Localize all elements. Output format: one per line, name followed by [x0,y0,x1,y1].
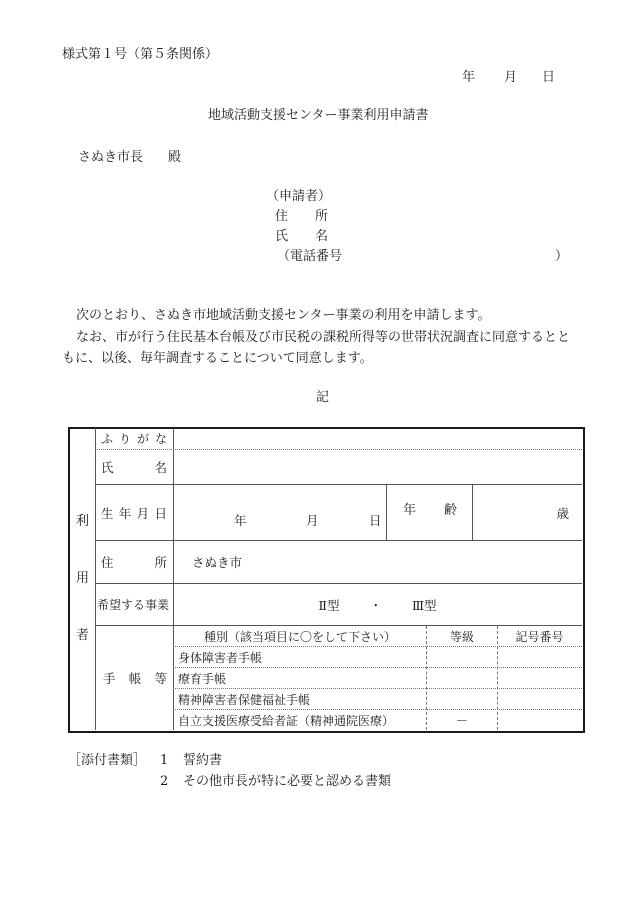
label-char: が [137,430,149,447]
techo-row-grade[interactable] [427,668,497,688]
label-char: 所 [154,553,167,571]
attachment-text: 誓約書 [183,753,222,769]
label-char: 月 [137,504,150,522]
techo-row-number[interactable] [498,710,581,730]
techo-row-number[interactable] [498,668,581,688]
furigana-field[interactable] [174,428,581,449]
applicant-label: （申請者） [266,189,331,205]
applicant-phone-close: ） [555,249,568,265]
side-label-you: 用 [76,571,89,587]
age-unit: 歳 [556,504,569,522]
option-separator: ・ [369,596,382,614]
label-char: 住 [101,553,114,571]
attachment-text: その他市長が特に必要と認める書類 [183,774,391,790]
document-title: 地域活動支援センター事業利用申請書 [208,108,428,124]
techo-row-grade[interactable] [427,647,497,667]
attachments-label: ［添付書類］ [68,753,146,769]
honorific: 殿 [168,150,181,166]
address-prefix: さぬき市 [192,553,242,571]
label-char: 生 [101,504,114,522]
furigana-label: ふ り が な [101,428,167,449]
paragraph-2-line-2: もに、以後、毎年調査することについて同意します。 [62,351,373,367]
label-char: 手 [103,669,116,687]
side-label-ri: 利 [76,514,89,530]
age-label-2: 齢 [444,503,457,519]
techo-row-kind[interactable]: 療育手帳 [178,668,424,688]
techo-header-kind: 種別（該当項目に〇をして下さい） [174,626,426,646]
techo-row-grade: － [427,710,497,730]
applicant-phone-label: （電話番号 [277,249,342,265]
label-char: 日 [154,504,167,522]
techo-label: 手 帳 等 [103,626,167,730]
birth-date-label: 生 年 月 日 [101,485,167,540]
label-char: 名 [154,458,167,476]
techo-row-kind[interactable]: 精神障害者保健福祉手帳 [178,689,424,709]
date-year-label: 年 [462,70,475,86]
birth-day-unit: 日 [369,513,382,529]
ki-heading: 記 [316,390,329,406]
techo-header-number: 記号番号 [498,626,581,646]
age-label-1: 年 [403,503,416,519]
label-char: ふ [101,430,113,447]
applicant-name-label-1: 氏 [275,229,288,245]
address-field[interactable]: さぬき市 [174,541,581,583]
label-char: 等 [154,669,167,687]
attachment-num: 2 [160,774,168,790]
techo-row-number[interactable] [498,689,581,709]
option-type-2[interactable]: Ⅱ型 [318,596,339,614]
applicant-name-label-2: 名 [315,229,328,245]
applicant-address-label-1: 住 [275,209,288,225]
label-char: り [119,430,131,447]
techo-header-grade: 等級 [427,626,497,646]
label-char: 年 [119,504,132,522]
attachment-num: 1 [160,753,168,769]
paragraph-2-line-1: なお、市が行う住民基本台帳及び市民税の課税所得等の世帯状況調査に同意するとと [76,330,570,346]
date-day-label: 日 [542,70,555,86]
divider [386,484,387,540]
side-label-sha: 者 [76,628,89,644]
addressee: さぬき市長 [78,150,143,166]
form-number: 様式第１号（第５条関係） [62,47,218,63]
address-label: 住 所 [101,541,167,583]
paragraph-1: 次のとおり、さぬき市地域活動支援センター事業の利用を申請します。 [76,308,490,324]
service-label: 希望する事業 [97,584,173,625]
techo-row-grade[interactable] [427,689,497,709]
label-char: 帳 [129,669,142,687]
service-options: Ⅱ型 ・ Ⅲ型 [174,584,581,625]
techo-row-kind[interactable]: 身体障害者手帳 [178,647,424,667]
techo-row-number[interactable] [498,647,581,667]
birth-date-field[interactable]: 年 月 日 [174,485,386,540]
age-field[interactable]: 歳 [473,485,581,540]
label-char: な [155,430,167,447]
applicant-address-label-2: 所 [315,209,328,225]
date-month-label: 月 [504,70,517,86]
birth-month-unit: 月 [306,513,319,529]
name-field[interactable] [174,450,581,484]
option-type-3[interactable]: Ⅲ型 [412,596,437,614]
techo-row-kind[interactable]: 自立支援医療受給者証（精神通院医療） [178,710,424,730]
label-char: 氏 [101,458,114,476]
name-label: 氏 名 [101,450,167,484]
birth-year-unit: 年 [234,513,247,529]
divider [95,428,96,730]
